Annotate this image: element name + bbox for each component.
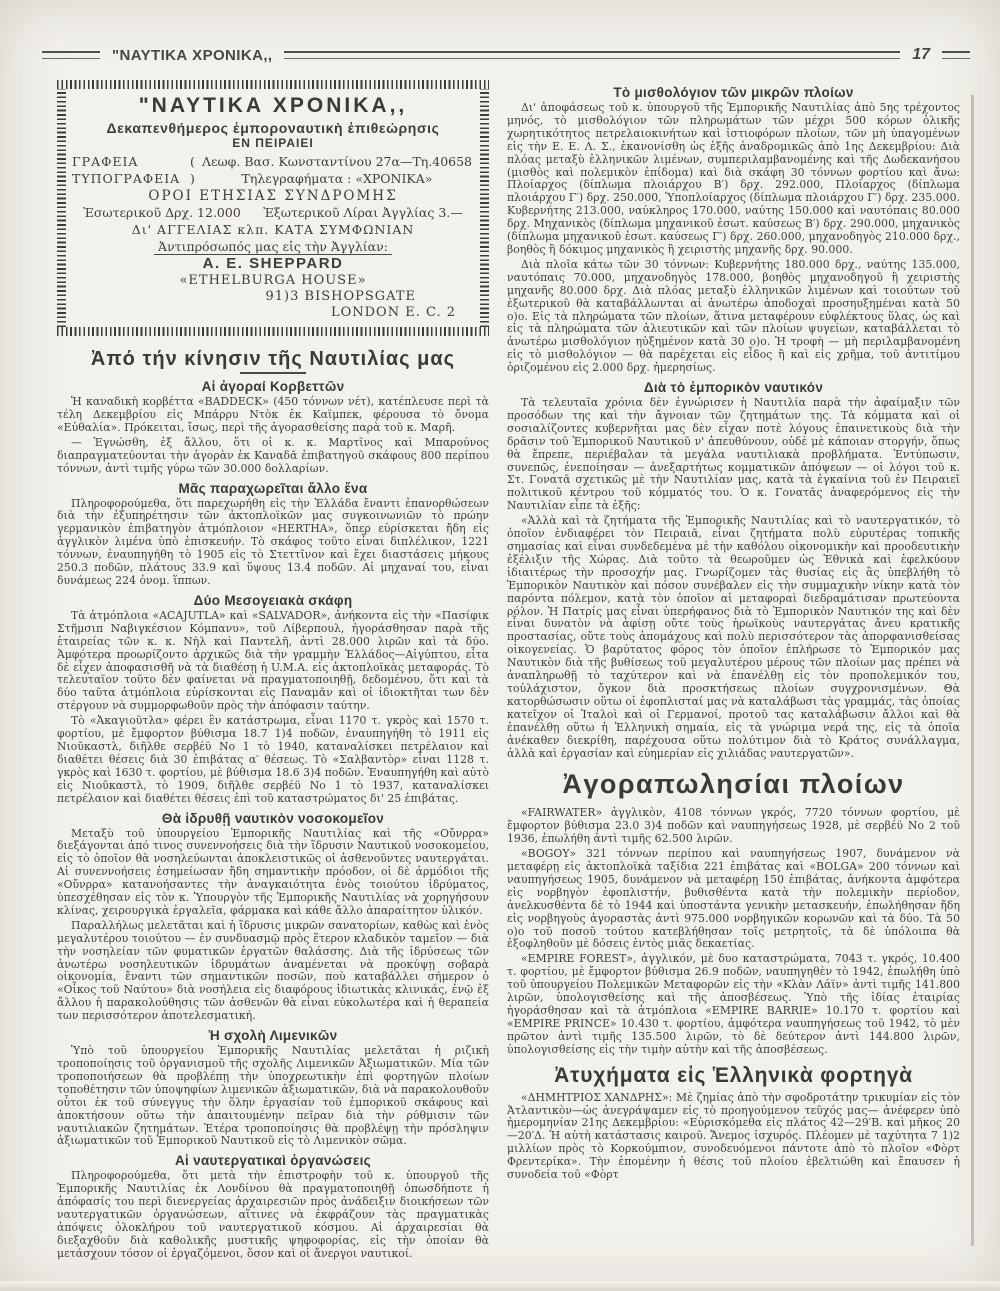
right-column: Τὸ μισθολόγιον τῶν μικρῶν πλοίων Δι' ἀπο… [507,80,960,1184]
offices-label: ΓΡΑΦΕΙΑ [72,153,190,170]
paragraph: Ὑπὸ τοῦ ὑπουργείου Ἐμπορικῆς Ναυτιλίας μ… [57,1045,489,1148]
journal-title: "ΝΑΥΤΙΚΑ ΧΡΟΝΙΚΑ,, [112,47,272,64]
section-main-heading: Ἀπό τήν κίνησιν τῆς Ναυτιλίας μας [57,348,489,371]
header-rule-right [942,51,970,59]
paragraph: Μεταξὺ τοῦ ὑπουργείου Ἐμπορικῆς Ναυτιλία… [57,828,489,918]
subscription-title: ΟΡΟΙ ΕΤΗΣΙΑΣ ΣΥΝΔΡΟΜΗΣ [72,188,474,204]
section-heading-accidents: Ἀτυχήματα εἰς Ἑλληνικὰ φορτηγὰ [507,1064,960,1088]
heading-underline-rule [240,372,306,374]
masthead-subtitle: Δεκαπενθήμερος ἐμποροναυτικὴ ἐπιθεώρησις [72,120,474,136]
brace-glyph: ) [190,170,200,187]
masthead-address: Λεωφ. Βασ. Κωνσταντίνου 27α—Τη.40658 [200,153,474,170]
paragraph: Τὸ «Ἀκαγιοῦτλα» φέρει ἓν κατάστρωμα, εἶν… [57,715,489,805]
header-rule-middle [284,51,900,59]
running-head: "ΝΑΥΤΙΚΑ ΧΡΟΝΙΚΑ,, 17 [42,46,970,64]
paragraph: Πληροφορούμεθα, ὅτι παρεχωρήθη εἰς τὴν Ἑ… [57,498,489,588]
agent-name: A. E. SHEPPARD [72,255,474,273]
paragraph: «FAIRWATER» ἀγγλικὸν, 4108 τόννων γκρός,… [507,807,960,846]
subsection-heading-coastguard-school: Ἡ σχολὴ Λιμενικῶν [57,1028,489,1043]
hatch-border-bottom [57,327,489,336]
paragraph: — Ἐγνώσθη, ἐξ ἄλλου, ὅτι οἱ κ. κ. Μαρτῖν… [57,437,489,476]
agent-intro: Ἀντιπρόσωπός μας εἰς τὴν Ἀγγλίαν: [72,238,474,255]
subscription-domestic: Ἐσωτερικοῦ Δρχ. 12.000 [83,204,241,221]
masthead-printing-row: ΤΥΠΟΓΡΑΦΕΙΑ ) Τηλεγραφήματα : «ΧΡΟΝΙΚΑ» [72,170,474,187]
paragraph: Τὰ ἀτμόπλοια «ACAJUTLA» καὶ «SALVADOR», … [57,610,489,713]
brace-glyph: ( [190,153,200,170]
paragraph: «EMPIRE FOREST», ἀγγλικόν, μὲ δυο καταστ… [507,953,960,1056]
ads-terms-line: Δι' ΑΓΓΕΛΙΑΣ κλπ. ΚΑΤΑ ΣΥΜΦΩΝΙΑΝ [72,221,474,238]
hatch-border-top [57,80,489,89]
subsection-heading-merchant-navy: Διὰ τὸ ἐμπορικὸν ναυτικόν [507,380,960,395]
masthead-box: "ΝΑΥΤΙΚΑ ΧΡΟΝΙΚΑ,, Δεκαπενθήμερος ἐμπορο… [57,80,489,336]
paragraph: Διὰ πλοῖα κάτω τῶν 30 τόννων: Κυβερνήτης… [507,259,960,375]
scan-shadow-artifact [0,1281,1000,1291]
left-column: "ΝΑΥΤΙΚΑ ΧΡΟΝΙΚΑ,, Δεκαπενθήμερος ἐμπορο… [57,80,489,1263]
subscription-row: Ἐσωτερικοῦ Δρχ. 12.000 Ἐξωτερικοῦ Λίραι … [72,204,474,221]
paragraph: «BOGOY» 321 τόννων περίπου καὶ ναυπηγήσε… [507,848,960,951]
hatch-border-left [57,89,66,327]
masthead-offices-row: ΓΡΑΦΕΙΑ ( Λεωφ. Βασ. Κωνσταντίνου 27α—Τη… [72,153,474,170]
scan-edge-artifact [971,95,974,1246]
subsection-heading-small-ship-wages: Τὸ μισθολόγιον τῶν μικρῶν πλοίων [507,85,960,100]
paragraph: «ΔΗΜΗΤΡΙΟΣ ΧΑΝΔΡΗΣ»: Μὲ ζημίας ἀπὸ τὴν σ… [507,1092,960,1182]
header-rule-left [42,51,100,59]
agent-city: LONDON E. C. 2 [72,305,474,321]
masthead-telegrams: Τηλεγραφήματα : «ΧΡΟΝΙΚΑ» [200,170,474,187]
section-heading-ship-sales: Ἀγοραπωλησίαι πλοίων [507,769,960,800]
masthead-title: "ΝΑΥΤΙΚΑ ΧΡΟΝΙΚΑ,, [72,94,474,118]
paragraph: Παραλλήλως μελετᾶται καὶ ἡ ἵδρυσις μικρῶ… [57,920,489,1023]
hatch-border-right [480,89,489,327]
subscription-foreign: Ἐξωτερικοῦ Λίραι Ἀγγλίας 3.— [263,204,463,221]
paragraph: Τὰ τελευταῖα χρόνια δὲν ἐγνώρισεν ἡ Ναυτ… [507,397,960,513]
paragraph: Δι' ἀποφάσεως τοῦ κ. ὑπουργοῦ τῆς Ἐμπορι… [507,102,960,257]
subsection-heading-seamen-unions: Αἱ ναυτεργατικαὶ ὀργανώσεις [57,1153,489,1168]
paragraph: Ἡ καναδικὴ κορβέττα «BADDECK» (450 τόννω… [57,396,489,435]
scanned-page: "ΝΑΥΤΙΚΑ ΧΡΟΝΙΚΑ,, 17 "ΝΑΥΤΙΚΑ ΧΡΟΝΙΚΑ,,… [0,0,1000,1291]
agent-street: 91)3 BISHOPSGATE [72,289,474,305]
subsection-heading-mediterranean-ships: Δύο Μεσογειακὰ σκάφη [57,593,489,608]
subsection-heading-naval-hospital: Θὰ ἱδρυθῇ ναυτικὸν νοσοκομεῖον [57,811,489,826]
paragraph: «Ἀλλὰ καὶ τὰ ζητήματα τῆς Ἐμπορικῆς Ναυτ… [507,515,960,760]
agent-house: «ETHELBURGA HOUSE» [72,273,474,289]
masthead-location: ΕΝ ΠΕΙΡΑΙΕΙ [72,136,474,150]
printing-label: ΤΥΠΟΓΡΑΦΕΙΑ [72,170,190,187]
two-column-layout: "ΝΑΥΤΙΚΑ ΧΡΟΝΙΚΑ,, Δεκαπενθήμερος ἐμπορο… [57,80,960,1263]
subsection-heading-corvettes: Αἱ ἀγοραί Κορβεττῶν [57,379,489,394]
paragraph: Πληροφορούμεθα, ὅτι μετὰ τὴν ἐπιστροφὴν … [57,1170,489,1260]
subsection-heading-another-ship: Μᾶς παραχωρεῖται ἄλλο ἕνα [57,481,489,496]
page-number: 17 [912,46,930,64]
